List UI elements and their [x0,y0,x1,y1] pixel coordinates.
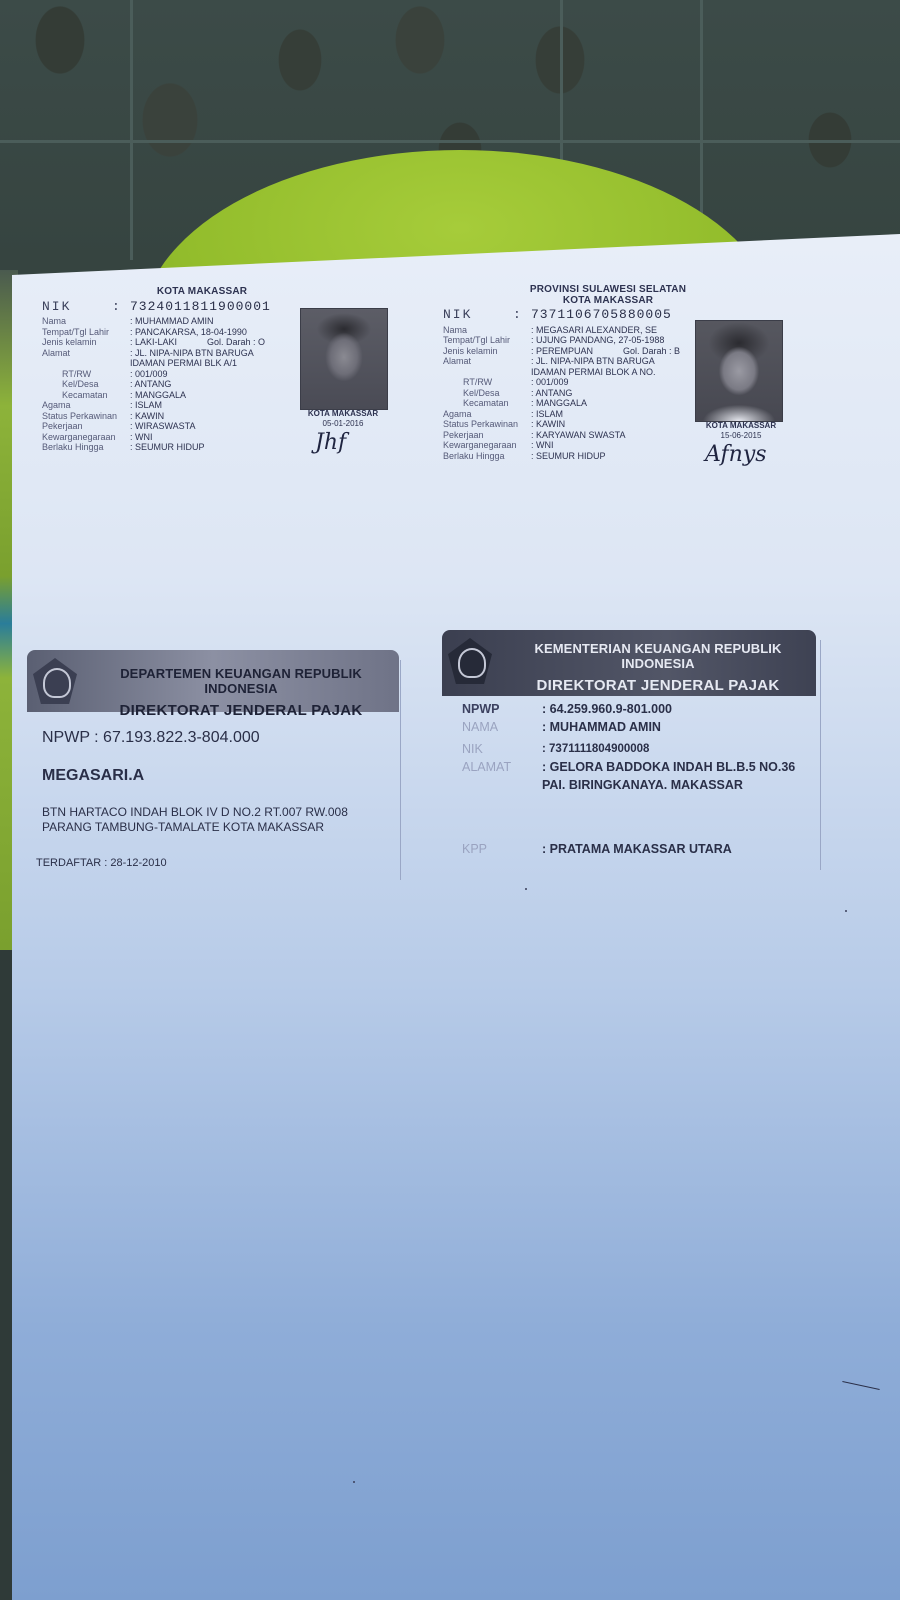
ktp-field-value: : SEUMUR HIDUP [130,442,205,453]
ktp-field-label: Berlaku Hingga [42,442,130,453]
ktp-field-label: Pekerjaan [443,430,531,441]
ktp-field-row: Alamat: JL. NIPA-NIPA BTN BARUGA [42,348,292,359]
ktp-field-value: : 001/009 [130,369,168,380]
ktp-field-label: RT/RW [443,377,531,388]
ktp-region-city: KOTA MAKASSAR [443,296,693,307]
ktp-field-value: : PEREMPUAN [531,346,593,357]
ktp-field-row: Kewarganegaraan: WNI [42,432,292,443]
ktp-field-value: : WIRASWASTA [130,421,196,432]
ktp-field-value: : KAWIN [130,411,164,422]
ktp-field-label: Kecamatan [42,390,130,401]
ktp-field-row: Kel/Desa: ANTANG [42,379,292,390]
banner-directorate: DIREKTORAT JENDERAL PAJAK [442,671,816,694]
ktp-nik-row: NIK : 7324011811900001 [42,302,292,313]
nik-label: NIK [443,310,513,321]
ktp-field-label: Alamat [443,356,531,367]
ktp-field-label: Jenis kelamin [443,346,531,357]
ktp-field-row: Kecamatan: MANGGALA [42,390,292,401]
npwp-kpp-row: KPP : PRATAMA MAKASSAR UTARA [462,841,822,857]
npwp-field-row: PAI. BIRINGKANAYA. MAKASSAR [462,777,822,793]
npwp-field-row: NAMA: MUHAMMAD AMIN [462,719,822,735]
ktp-field-row: Berlaku Hingga: SEUMUR HIDUP [443,451,693,462]
kpp-label: KPP [462,841,542,857]
photo-city: KOTA MAKASSAR [691,421,791,431]
ktp-field-label: Agama [42,400,130,411]
ktp-field-label: Nama [443,325,531,336]
ktp-field-value: : UJUNG PANDANG, 27-05-1988 [531,335,664,346]
ktp-field-label: Nama [42,316,130,327]
nik-label: NIK [42,302,112,313]
ktp-field-value: : ISLAM [531,409,563,420]
npwp-field-row: NIK: 7371111804900008 [462,741,822,757]
ktp-field-row: RT/RW: 001/009 [443,377,693,388]
ktp-blood-type: Gol. Darah : O [207,337,265,348]
ktp-field-label: Kewarganegaraan [42,432,130,443]
nik-separator: : [112,302,130,313]
ktp-fields: Nama: MEGASARI ALEXANDER, SETempat/Tgl L… [443,325,693,462]
ktp-field-row: Alamat: JL. NIPA-NIPA BTN BARUGA [443,356,693,367]
ktp-field-label: Berlaku Hingga [443,451,531,462]
npwp-field-value: PAI. BIRINGKANAYA. MAKASSAR [542,777,743,793]
ktp-field-row: Tempat/Tgl Lahir: UJUNG PANDANG, 27-05-1… [443,335,693,346]
ktp-field-value: : WNI [531,440,554,451]
npwp-rows: NPWP: 64.259.960.9-801.000NAMA: MUHAMMAD… [462,701,822,793]
copier-edge-mark [400,660,401,880]
ktp-field-row: Berlaku Hingga: SEUMUR HIDUP [42,442,292,453]
ktp-fields: Nama: MUHAMMAD AMINTempat/Tgl Lahir: PAN… [42,316,292,453]
ktp-region-province: PROVINSI SULAWESI SELATAN [443,285,693,296]
ktp-field-label [42,358,130,369]
ktp-field-row: Kecamatan: MANGGALA [443,398,693,409]
ktp-field-value: : SEUMUR HIDUP [531,451,606,462]
copier-edge-mark [820,640,821,870]
ktp-field-value: : KARYAWAN SWASTA [531,430,626,441]
ktp-field-value: : ISLAM [130,400,162,411]
ktp-field-label: Tempat/Tgl Lahir [443,335,531,346]
ktp-region: KOTA MAKASSAR [42,287,292,298]
ktp-blood-type: Gol. Darah : B [623,346,680,357]
ktp-field-value: : MANGGALA [531,398,587,409]
ktp-field-row: Pekerjaan: KARYAWAN SWASTA [443,430,693,441]
npwp-address-line1: BTN HARTACO INDAH BLOK IV D NO.2 RT.007 … [42,805,402,820]
ktp-field-row: IDAMAN PERMAI BLK A/1 [42,358,292,369]
ktp-field-value: : MEGASARI ALEXANDER, SE [531,325,657,336]
ktp-nik-row: NIK : 7371106705880005 [443,310,693,321]
ktp-field-label: Kecamatan [443,398,531,409]
npwp-card-left: . MEGASARI.A BTN HARTACO INDAH BLOK IV D… [42,729,402,869]
ktp-field-row: Kewarganegaraan: WNI [443,440,693,451]
ktp-card-right: PROVINSI SULAWESI SELATAN KOTA MAKASSAR … [443,285,693,461]
ktp-field-row: IDAMAN PERMAI BLOK A NO. [443,367,693,378]
ktp-field-value: : MUHAMMAD AMIN [130,316,214,327]
ktp-field-row: Tempat/Tgl Lahir: PANCAKARSA, 18-04-1990 [42,327,292,338]
ktp-field-row: Agama: ISLAM [42,400,292,411]
npwp-registered-date: TERDAFTAR : 28-12-2010 [36,857,402,869]
nik-value: 7371106705880005 [531,310,672,321]
ktp-field-row: Jenis kelamin: PEREMPUANGol. Darah : B [443,346,693,357]
ktp-photo-female [695,320,783,422]
ktp-field-value: : LAKI-LAKI [130,337,177,348]
npwp-field-label [462,777,542,793]
ktp-field-row: Status Perkawinan: KAWIN [443,419,693,430]
ktp-field-value: : JL. NIPA-NIPA BTN BARUGA [531,356,655,367]
ktp-field-label: Alamat [42,348,130,359]
banner-ministry: KEMENTERIAN KEUANGAN REPUBLIK INDONESIA [442,630,816,671]
kpp-value: : PRATAMA MAKASSAR UTARA [542,841,732,857]
signature-icon: Afnys [705,442,767,467]
npwp-field-value: : 7371111804900008 [542,741,649,757]
npwp-field-row: NPWP: 64.259.960.9-801.000 [462,701,822,717]
ktp-field-value: : JL. NIPA-NIPA BTN BARUGA [130,348,254,359]
ktp-field-label: Pekerjaan [42,421,130,432]
ktp-field-value: IDAMAN PERMAI BLK A/1 [130,358,237,369]
npwp-field-label: NPWP [462,701,542,717]
ktp-field-row: Agama: ISLAM [443,409,693,420]
ktp-field-label [443,367,531,378]
ktp-field-label: Kewarganegaraan [443,440,531,451]
ktp-card-left: KOTA MAKASSAR NIK : 7324011811900001 Nam… [42,287,292,453]
ktp-field-label: Kel/Desa [443,388,531,399]
npwp-banner-right: KEMENTERIAN KEUANGAN REPUBLIK INDONESIA … [442,630,816,696]
ktp-field-value: : WNI [130,432,153,443]
npwp-card-right: NPWP: 64.259.960.9-801.000NAMA: MUHAMMAD… [462,701,822,857]
tile-grout-line [130,0,133,260]
npwp-field-label: ALAMAT [462,759,542,775]
npwp-field-value: : MUHAMMAD AMIN [542,719,661,735]
ktp-photo-male [300,308,388,410]
ktp-field-label: Tempat/Tgl Lahir [42,327,130,338]
ktp-field-value: : 001/009 [531,377,569,388]
banner-ministry: DEPARTEMEN KEUANGAN REPUBLIK INDONESIA [27,650,399,696]
ktp-field-label: RT/RW [42,369,130,380]
tile-grout-line [560,0,563,160]
ktp-field-row: Jenis kelamin: LAKI-LAKIGol. Darah : O [42,337,292,348]
ktp-field-row: Nama: MUHAMMAD AMIN [42,316,292,327]
ktp-field-row: Kel/Desa: ANTANG [443,388,693,399]
nik-value: 7324011811900001 [130,302,271,313]
tile-grout-line [0,140,900,143]
npwp-address-line2: PARANG TAMBUNG-TAMALATE KOTA MAKASSAR [42,820,402,835]
npwp-name: MEGASARI.A [42,767,402,785]
photo-date: 05-01-2016 [293,419,393,429]
ktp-field-row: Pekerjaan: WIRASWASTA [42,421,292,432]
dust-speck [525,888,527,890]
ktp-field-label: Status Perkawinan [42,411,130,422]
ktp-field-value: : PANCAKARSA, 18-04-1990 [130,327,247,338]
nik-separator: : [513,310,531,321]
ktp-field-value: : ANTANG [130,379,171,390]
npwp-field-label: NAMA [462,719,542,735]
ktp-field-label: Kel/Desa [42,379,130,390]
ktp-field-value: IDAMAN PERMAI BLOK A NO. [531,367,656,378]
dust-speck [845,910,847,912]
ktp-field-row: RT/RW: 001/009 [42,369,292,380]
photo-city: KOTA MAKASSAR [293,409,393,419]
ktp-field-label: Status Perkawinan [443,419,531,430]
npwp-banner-left: DEPARTEMEN KEUANGAN REPUBLIK INDONESIA D… [27,650,399,712]
npwp-field-value: : GELORA BADDOKA INDAH BL.B.5 NO.36 [542,759,795,775]
npwp-field-row: ALAMAT: GELORA BADDOKA INDAH BL.B.5 NO.3… [462,759,822,775]
ktp-field-row: Status Perkawinan: KAWIN [42,411,292,422]
dust-speck [353,1481,355,1483]
ktp-photo-caption: KOTA MAKASSAR 05-01-2016 [293,409,393,429]
ktp-field-value: : ANTANG [531,388,572,399]
ktp-field-row: Nama: MEGASARI ALEXANDER, SE [443,325,693,336]
tile-grout-line [700,0,703,230]
ktp-field-value: : KAWIN [531,419,565,430]
ktp-field-value: : MANGGALA [130,390,186,401]
ktp-field-label: Jenis kelamin [42,337,130,348]
npwp-field-value: : 64.259.960.9-801.000 [542,701,672,717]
signature-icon: Jhf [315,430,346,455]
photo-date: 15-06-2015 [691,431,791,441]
ktp-photo-caption: KOTA MAKASSAR 15-06-2015 [691,421,791,441]
npwp-field-label: NIK [462,741,542,757]
ktp-field-label: Agama [443,409,531,420]
banner-directorate: DIREKTORAT JENDERAL PAJAK [27,696,399,719]
